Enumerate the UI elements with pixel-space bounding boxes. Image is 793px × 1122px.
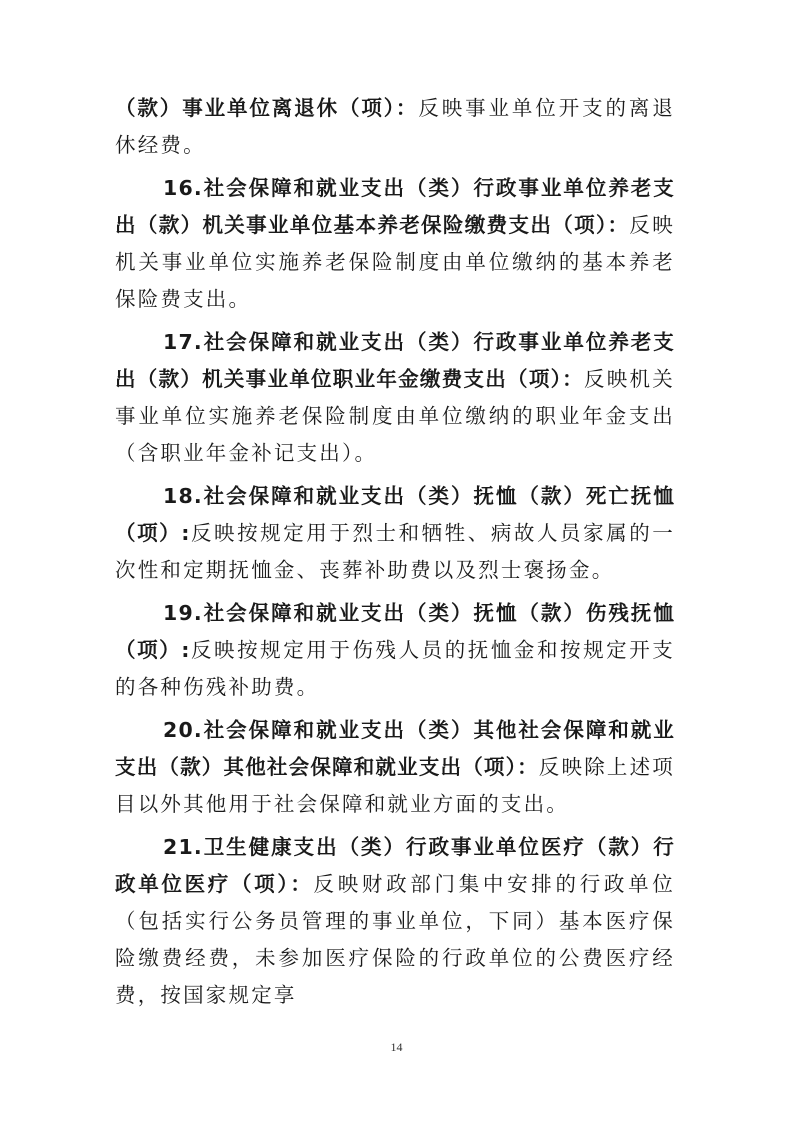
page-number: 14 — [0, 1040, 793, 1055]
item-description: 反映按规定用于伤残人员的抚恤金和按规定开支的各种伤残补助费。 — [115, 638, 675, 699]
paragraph-20: 20.社会保障和就业支出（类）其他社会保障和就业支出（款）其他社会保障和就业支出… — [115, 712, 675, 823]
item-heading: 16.社会保障和就业支出（类）行政事业单位养老支出（款）机关事业单位基本养老保险… — [115, 176, 675, 237]
item-description: 反映按规定用于烈士和牺牲、病故人员家属的一次性和定期抚恤金、丧葬补助费以及烈士褒… — [115, 521, 675, 582]
paragraph-16: 16.社会保障和就业支出（类）行政事业单位养老支出（款）机关事业单位基本养老保险… — [115, 170, 675, 318]
paragraph-21: 21.卫生健康支出（类）行政事业单位医疗（款）行政单位医疗（项）：反映财政部门集… — [115, 829, 675, 1014]
item-heading: （款）事业单位离退休（项）： — [115, 96, 418, 120]
paragraph-15-continued: （款）事业单位离退休（项）：反映事业单位开支的离退休经费。 — [115, 90, 675, 164]
paragraph-17: 17.社会保障和就业支出（类）行政事业单位养老支出（款）机关事业单位职业年金缴费… — [115, 324, 675, 472]
document-page: （款）事业单位离退休（项）：反映事业单位开支的离退休经费。 16.社会保障和就业… — [115, 90, 675, 1020]
paragraph-19: 19.社会保障和就业支出（类）抚恤（款）伤残抚恤（项）:反映按规定用于伤残人员的… — [115, 595, 675, 706]
paragraph-18: 18.社会保障和就业支出（类）抚恤（款）死亡抚恤（项）:反映按规定用于烈士和牺牲… — [115, 478, 675, 589]
